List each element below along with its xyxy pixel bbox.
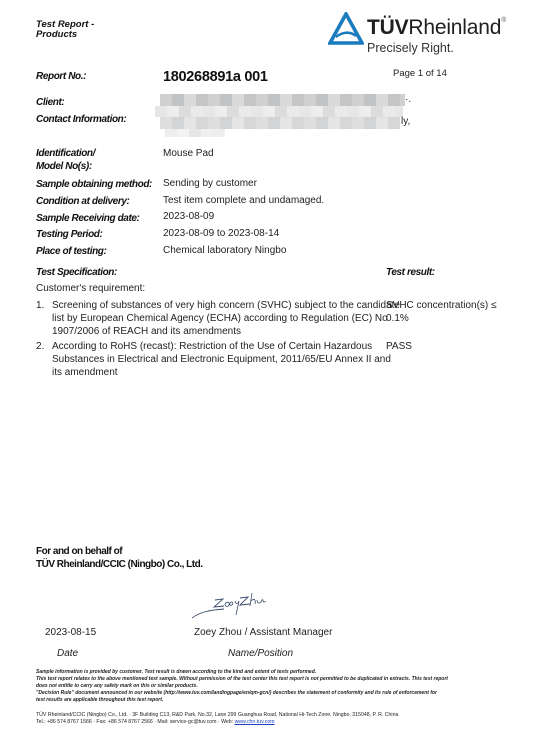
spec-item-result: SVHC concentration(s) ≤ 0.1% <box>386 299 497 325</box>
website-link[interactable]: www.chn.tuv.com <box>235 719 275 725</box>
contact-redacted-1 <box>155 106 403 117</box>
handwritten-signature-icon <box>190 590 270 620</box>
client-label: Client: <box>36 97 64 108</box>
signatory-name-position: Zoey Zhou / Assistant Manager <box>194 627 332 638</box>
sample-method-label: Sample obtaining method: <box>36 179 152 190</box>
spec-item-text: According to RoHS (recast): Restriction … <box>52 340 382 379</box>
sample-method-value: Sending by customer <box>163 178 257 189</box>
receiving-date-label: Sample Receiving date: <box>36 213 139 224</box>
identification-value: Mouse Pad <box>163 148 214 159</box>
date-caption: Date <box>57 648 78 659</box>
contact-redacted-3 <box>165 129 225 137</box>
contact-value-tail: ly, <box>401 116 410 127</box>
client-value-tail: ·. <box>405 94 411 105</box>
client-redacted <box>160 94 405 106</box>
company-contact: Tel.: +86 574 8767 1566 · Fax: +86 574 8… <box>36 719 516 726</box>
condition-value: Test item complete and undamaged. <box>163 195 324 206</box>
model-label: Model No(s): <box>36 161 92 172</box>
spec-item-number: 2. <box>36 340 50 353</box>
tuv-logo: TÜVRheinland® Precisely Right. <box>328 12 488 58</box>
brand-name: TÜVRheinland® <box>367 16 506 40</box>
testing-period-value: 2023-08-09 to 2023-08-14 <box>163 228 279 239</box>
company-address: TÜV Rheinland/CCIC (Ningbo) Co., Ltd. · … <box>36 712 516 719</box>
report-number: 180268891a 001 <box>163 69 268 85</box>
document-type: Test Report - Products <box>36 20 126 40</box>
page-indicator: Page 1 of 14 <box>393 68 447 79</box>
place-label: Place of testing: <box>36 246 106 257</box>
spec-item-text: Screening of substances of very high con… <box>52 299 382 338</box>
testing-period-label: Testing Period: <box>36 229 102 240</box>
footer-notes: Sample information is provided by custom… <box>36 669 506 704</box>
name-position-caption: Name/Position <box>228 648 293 659</box>
receiving-date-value: 2023-08-09 <box>163 211 214 222</box>
spec-item-number: 1. <box>36 299 50 312</box>
spec-item-result: PASS <box>386 340 412 353</box>
on-behalf-label: For and on behalf of <box>36 546 122 557</box>
brand-tagline: Precisely Right. <box>367 41 454 55</box>
test-spec-header: Test Specification: <box>36 267 117 278</box>
contact-label: Contact Information: <box>36 114 126 125</box>
tuv-triangle-logo-icon <box>328 12 364 46</box>
report-no-label: Report No.: <box>36 71 86 82</box>
signature-date: 2023-08-15 <box>45 627 96 638</box>
company-name: TÜV Rheinland/CCIC (Ningbo) Co., Ltd. <box>36 559 202 570</box>
contact-redacted-2 <box>160 117 400 129</box>
customer-requirement: Customer's requirement: <box>36 282 145 295</box>
test-result-header: Test result: <box>386 267 435 278</box>
condition-label: Condition at delivery: <box>36 196 129 207</box>
identification-label: Identification/ <box>36 148 95 159</box>
place-value: Chemical laboratory Ningbo <box>163 245 286 256</box>
